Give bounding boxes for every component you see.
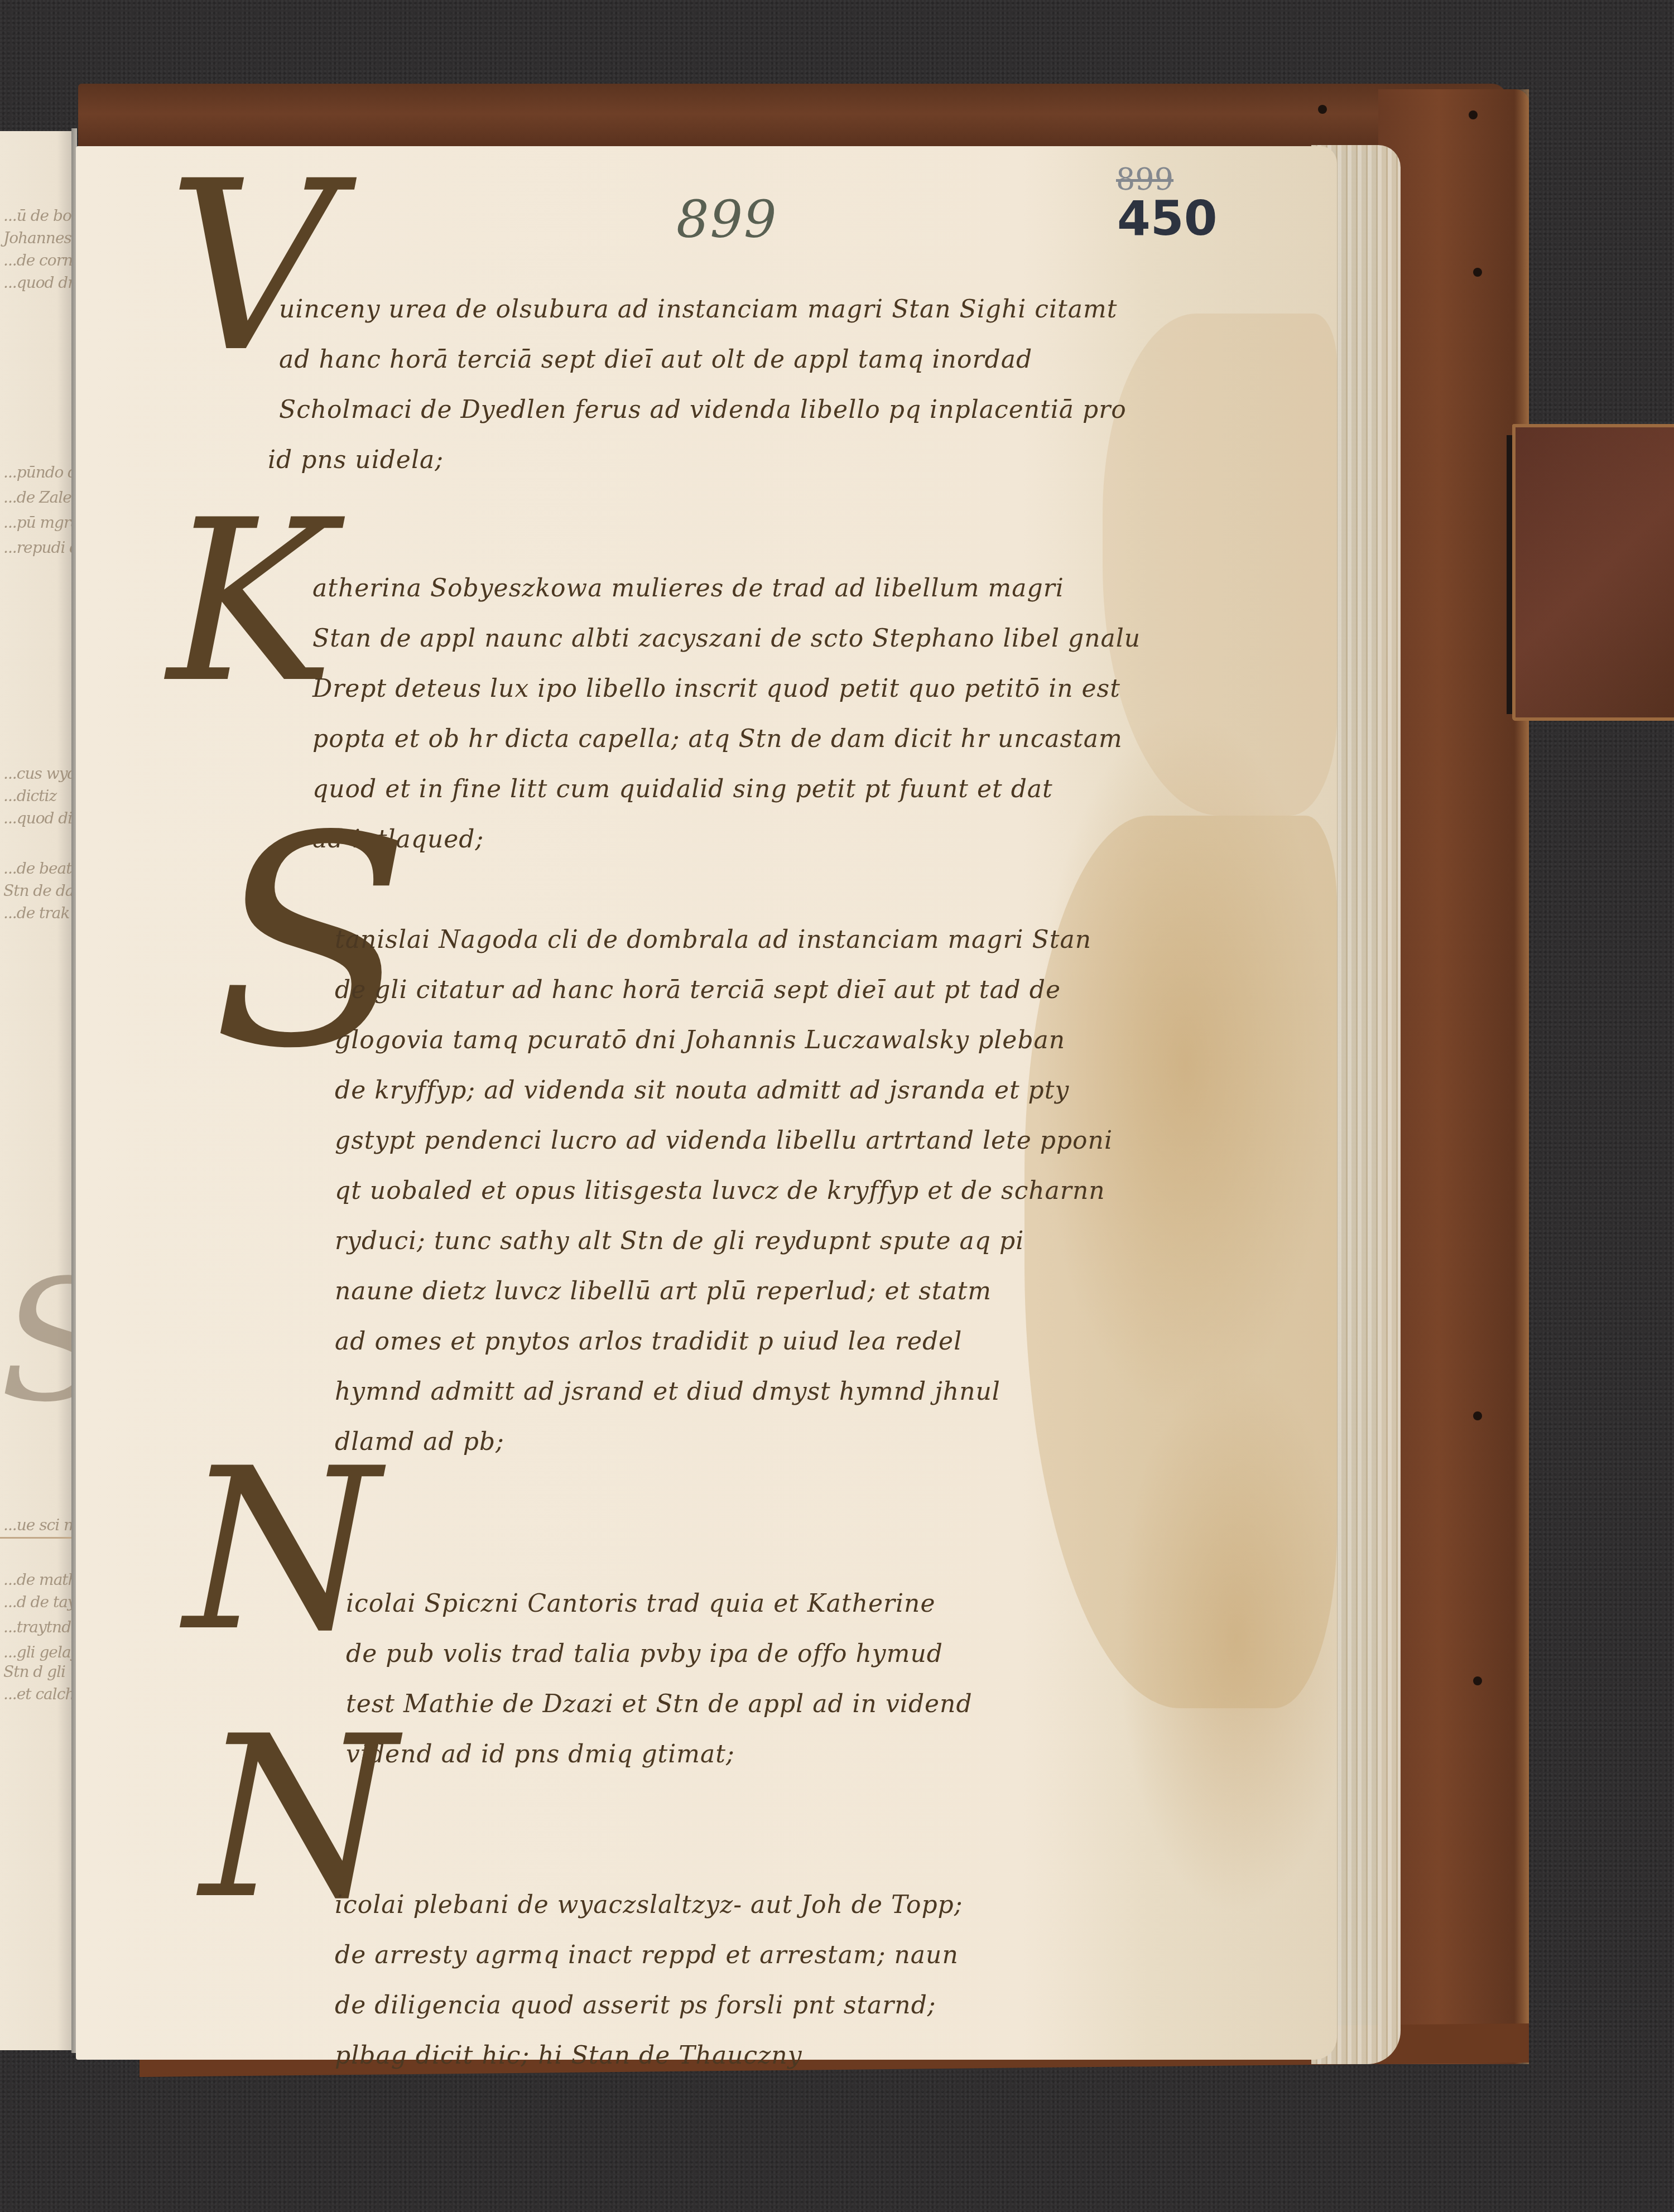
left-page-note: Stn d gli <box>3 1662 65 1681</box>
left-page-note: ...pū mgra <box>3 513 79 532</box>
text-line: id pns uidela; <box>268 435 1127 485</box>
manuscript-entry: uinceny urea de olsubura ad instanciam m… <box>279 285 1127 485</box>
text-line: de arresty agrmq inact reppd et arrestam… <box>335 1930 963 1980</box>
text-line: uinceny urea de olsubura ad instanciam m… <box>279 285 1127 335</box>
text-line: Drept deteus lux ipo libello inscrit quo… <box>312 664 1141 714</box>
manuscript-entry: tanislai Nagoda cli de dombrala ad insta… <box>335 915 1113 1467</box>
folio-number-corner: 450 <box>1117 191 1218 247</box>
left-page-note: ...dictiz <box>3 787 56 805</box>
text-line: ad intlaqued; <box>312 815 1141 865</box>
text-line: ryduci; tunc sathy alt Stn de gli reydup… <box>335 1216 1113 1266</box>
binding-nail <box>1318 105 1327 114</box>
left-page-note: ...de trak <box>3 904 69 922</box>
binding-nail <box>1473 1676 1482 1685</box>
binding-nail <box>1473 268 1482 277</box>
text-line: ad omes et pnytos arlos tradidit p uiud … <box>335 1317 1113 1367</box>
text-line: popta et ob hr dicta capella; atq Stn de… <box>312 714 1141 764</box>
text-line: glogovia tamq pcuratō dni Johannis Lucza… <box>335 1015 1113 1066</box>
leather-binding-right <box>1378 89 1529 2064</box>
left-page-note: ...traytnd <box>3 1618 71 1636</box>
text-line: quod et in fine litt cum quidalid sing p… <box>312 764 1141 815</box>
text-line: icolai plebani de wyaczslaltzyz- aut Joh… <box>335 1880 963 1930</box>
text-line: gstypt pendenci lucro ad videnda libellu… <box>335 1116 1113 1166</box>
text-line: de gli citatur ad hanc horā terciā sept … <box>335 965 1113 1015</box>
text-line: tanislai Nagoda cli de dombrala ad insta… <box>335 915 1113 965</box>
text-line: de kryffyp; ad videnda sit nouta admitt … <box>335 1066 1113 1116</box>
binding-nail <box>1469 110 1478 119</box>
text-line: dlamd ad pb; <box>335 1417 1113 1467</box>
text-line: plbag dicit hic; hi Stan de Thauczny <box>335 2031 963 2081</box>
text-line: naune dietz luvcz libellū art plū reperl… <box>335 1266 1113 1317</box>
binding-nail <box>1473 1411 1482 1420</box>
manuscript-entry: atherina Sobyeszkowa mulieres de trad ad… <box>312 563 1141 865</box>
text-line: vidend ad id pns dmiq gtimat; <box>346 1729 973 1780</box>
text-line: de diligencia quod asserit ps forsli pnt… <box>335 1980 963 2031</box>
text-line: atherina Sobyeszkowa mulieres de trad ad… <box>312 563 1141 614</box>
text-line: Scholmaci de Dyedlen ferus ad videnda li… <box>279 385 1127 435</box>
text-line: Stan de appl naunc albti zacyszani de sc… <box>312 614 1141 664</box>
left-page-rule <box>0 1537 71 1539</box>
folio-number-main: 899 <box>676 190 778 249</box>
manuscript-entry: icolai Spiczni Cantoris trad quia et Kat… <box>346 1579 973 1780</box>
left-adjacent-page: ...ū de borsky Johannes d. ...de corneli… <box>0 131 71 2050</box>
manuscript-entry: icolai plebani de wyaczslaltzyz- aut Joh… <box>335 1880 963 2081</box>
text-line: test Mathie de Dzazi et Stn de appl ad i… <box>346 1679 973 1729</box>
text-line: ad hanc horā terciā sept dieī aut olt de… <box>279 335 1127 385</box>
text-line: icolai Spiczni Cantoris trad quia et Kat… <box>346 1579 973 1629</box>
text-line: hymnd admitt ad jsrand et diud dmyst hym… <box>335 1367 1113 1417</box>
decorated-initial: K <box>167 491 334 714</box>
text-line: qt uobaled et opus litisgesta luvcz de k… <box>335 1166 1113 1216</box>
text-line: de pub volis trad talia pvby ipa de offo… <box>346 1629 973 1679</box>
clasp-strap <box>1512 424 1674 721</box>
